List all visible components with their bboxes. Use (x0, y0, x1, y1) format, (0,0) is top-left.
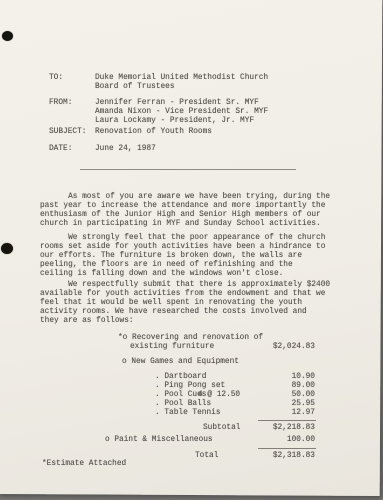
subtotal-amount: $2,218.83 (247, 424, 315, 433)
cost-section-games-header: o New Games and Equipment (122, 358, 239, 367)
estimate-footnote: *Estimate Attached (42, 460, 126, 469)
memo-content: TO: Duke Memorial United Methodist Churc… (0, 0, 383, 500)
cost-row-name: . Ping Pong set (155, 382, 225, 391)
to-value: Duke Memorial United Methodist Church Bo… (95, 74, 268, 92)
cost-item-paint: o Paint & Miscellaneous (105, 436, 213, 445)
total-label: Total (195, 452, 218, 461)
from-value: Jennifer Ferran - President Sr. MYF Aman… (95, 99, 268, 126)
cost-row-name: . Table Tennis (155, 409, 221, 418)
cost-row-name: . Pool Balls (155, 400, 211, 409)
cost-row-detail: 4 @ 12.50 (198, 391, 240, 400)
total-amount: $2,318.83 (247, 452, 315, 461)
subtotal-label: Subtotal (203, 424, 240, 433)
from-label: FROM: (49, 99, 72, 108)
cost-row-amount: 10.90 (247, 373, 315, 382)
header-divider (80, 169, 296, 170)
cost-row-amount: 50.00 (247, 391, 315, 400)
cost-item-paint-amount: 100.00 (247, 436, 315, 445)
subject-value: Renovation of Youth Rooms (95, 128, 212, 137)
subtotal-rule (258, 420, 316, 421)
cost-row-name: . Dartboard (155, 373, 206, 382)
date-value: June 24, 1987 (95, 145, 156, 154)
cost-item-recovering-line1: *o Recovering and renovation of (118, 334, 263, 343)
cost-row-amount: 12.97 (247, 409, 315, 418)
cost-item-recovering-amount: $2,024.83 (247, 343, 315, 352)
memo-scan: TO: Duke Memorial United Methodist Churc… (0, 0, 383, 500)
date-label: DATE: (49, 145, 72, 154)
cost-row-amount: 89.00 (247, 382, 315, 391)
paragraph-2: We strongly feel that the poor appearanc… (40, 234, 325, 279)
paragraph-3: We respectfully submit that there is app… (40, 281, 330, 326)
cost-item-recovering-line2: existing furniture (130, 343, 214, 352)
paragraph-1: As most of you are aware we have been tr… (40, 193, 330, 229)
to-label: TO: (49, 74, 63, 83)
subject-label: SUBJECT: (49, 128, 86, 137)
total-rule (258, 448, 316, 449)
cost-row-amount: 25.95 (247, 400, 315, 409)
